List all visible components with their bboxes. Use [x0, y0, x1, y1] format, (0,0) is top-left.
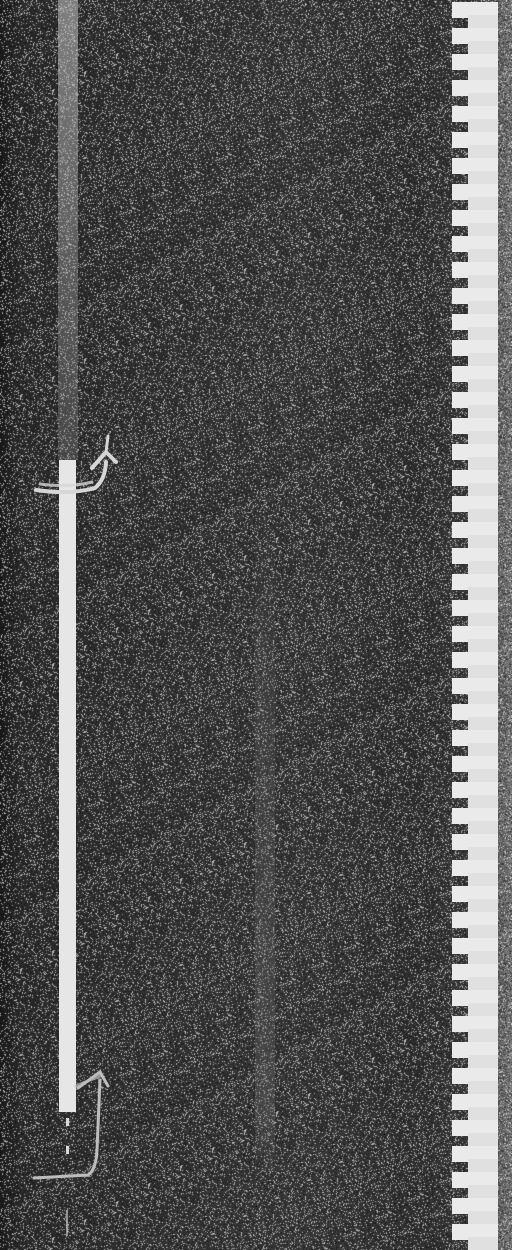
- curb-block: [468, 717, 498, 730]
- curb-block: [468, 925, 498, 938]
- curb-block: [468, 769, 498, 782]
- curb-block: [468, 379, 498, 392]
- curb-block: [468, 1159, 498, 1172]
- curb-block: [468, 1081, 498, 1094]
- curb-block: [468, 353, 498, 366]
- curb-block: [468, 119, 498, 132]
- curb-block: [468, 405, 498, 418]
- curb-block: [468, 1133, 498, 1146]
- curb-block: [468, 93, 498, 106]
- curb-block: [468, 1211, 498, 1224]
- aerial-road-image: [0, 0, 512, 1250]
- curb-block: [468, 457, 498, 470]
- curb-block: [468, 67, 498, 80]
- curb-block: [468, 1107, 498, 1120]
- curb-block: [468, 483, 498, 496]
- curb-block: [468, 509, 498, 522]
- curb-block: [468, 691, 498, 704]
- curb-block: [468, 743, 498, 756]
- curb-block: [468, 795, 498, 808]
- curb-block: [468, 41, 498, 54]
- curb-block: [468, 821, 498, 834]
- curb-block: [468, 561, 498, 574]
- curb-block: [468, 847, 498, 860]
- curb-block: [468, 145, 498, 158]
- lane-dash: [66, 1118, 69, 1126]
- curb-block: [468, 431, 498, 444]
- lane-dash: [66, 1146, 69, 1154]
- curb-block: [468, 1185, 498, 1198]
- curb-block: [468, 587, 498, 600]
- tire-wear-streak: [255, 500, 275, 1180]
- curb-block: [468, 1055, 498, 1068]
- lane-dash: [66, 1210, 68, 1236]
- curb-block: [468, 249, 498, 262]
- curb-block: [468, 1029, 498, 1042]
- faded-lane-line: [58, 0, 78, 460]
- curb-block: [468, 951, 498, 964]
- curb-block: [468, 899, 498, 912]
- curb-block: [468, 1237, 498, 1250]
- curb-block: [468, 197, 498, 210]
- curb-block: [468, 1003, 498, 1016]
- curb-block: [468, 275, 498, 288]
- curb-block: [468, 535, 498, 548]
- curb-block: [468, 223, 498, 236]
- curb-block: [468, 665, 498, 678]
- curb-block: [468, 15, 498, 28]
- curb-block: [468, 301, 498, 314]
- solid-lane-line: [59, 460, 76, 1112]
- curb-block: [468, 613, 498, 626]
- curb-block: [468, 171, 498, 184]
- curb-block: [468, 327, 498, 340]
- curb-block: [468, 639, 498, 652]
- curb-block: [468, 977, 498, 990]
- curb-block: [468, 873, 498, 886]
